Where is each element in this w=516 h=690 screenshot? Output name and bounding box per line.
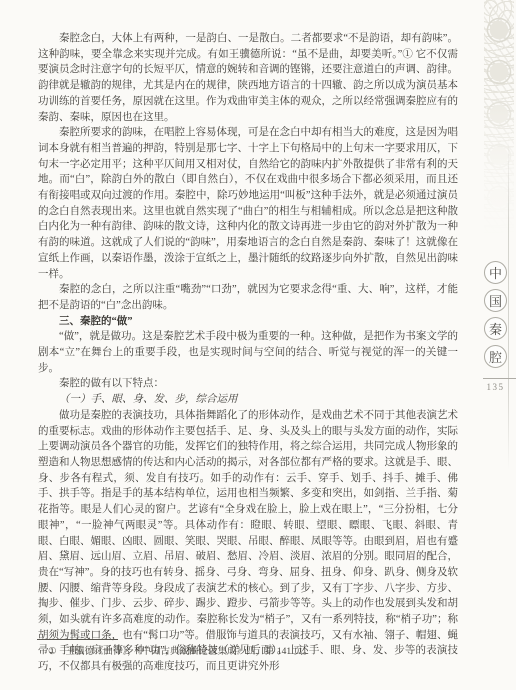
page-number-divider xyxy=(483,378,516,379)
decorative-border-pattern xyxy=(484,0,514,238)
margin-seal-char-1: 中 xyxy=(484,261,507,284)
footnote-divider xyxy=(37,639,118,640)
paragraph-zuo-definition: “做”，就是做功。这是秦腔艺术手段中极为重要的一种。这种做，是把作为书案文学的剧… xyxy=(38,329,458,376)
paragraph-nianbai-types: 秦腔念白，大体上有两种，一是韵白、一是散白。二者都要求“不是韵语，却有韵味”。这… xyxy=(38,31,458,125)
footnote-marker: ① xyxy=(48,647,57,657)
section-heading: 三、秦腔的“做” xyxy=(38,314,458,330)
main-text: 秦腔念白，大体上有两种，一是韵白、一是散白。二者都要求“不是韵语，却有韵味”。这… xyxy=(38,31,458,675)
margin-series-title: 中 国 秦 腔 135 xyxy=(483,261,508,392)
margin-seal-char-4: 腔 xyxy=(484,345,507,368)
paragraph-yunwei-difficulty: 秦腔所要求的韵味，在唱腔上容易体现，可是在念白中却有相当大的难度，这是因为唱词本… xyxy=(38,125,458,282)
book-page: 秦腔念白，大体上有两种，一是韵白、一是散白。二者都要求“不是韵语，却有韵味”。这… xyxy=(0,0,516,690)
subsection-heading: （一）手、眼、身、发、步，综合运用 xyxy=(38,392,458,408)
paragraph-zuijin-koujin: 秦腔的念白，之所以注重“嘴劲”“口劲”，就因为它要求念得“重、大、响”，这样，才… xyxy=(38,282,458,313)
paragraph-zuo-features-intro: 秦腔的做有以下特点： xyxy=(38,376,458,392)
paragraph-zuogong-detail: 做功是秦腔的表演技功，具体指舞蹈化了的形体动作，是戏曲艺术不同于其他表演艺术的重… xyxy=(38,408,458,675)
margin-seal-char-2: 国 xyxy=(484,289,507,312)
page-number: 135 xyxy=(483,382,508,392)
margin-seal-char-3: 秦 xyxy=(484,317,507,340)
footnote: ①王骥德《曲律》，《中国古典戏曲论著集成》四，第 141 页。 xyxy=(48,646,448,659)
page-edge-shadow xyxy=(508,140,509,470)
footnote-text: 王骥德《曲律》，《中国古典戏曲论著集成》四，第 141 页。 xyxy=(66,647,313,657)
